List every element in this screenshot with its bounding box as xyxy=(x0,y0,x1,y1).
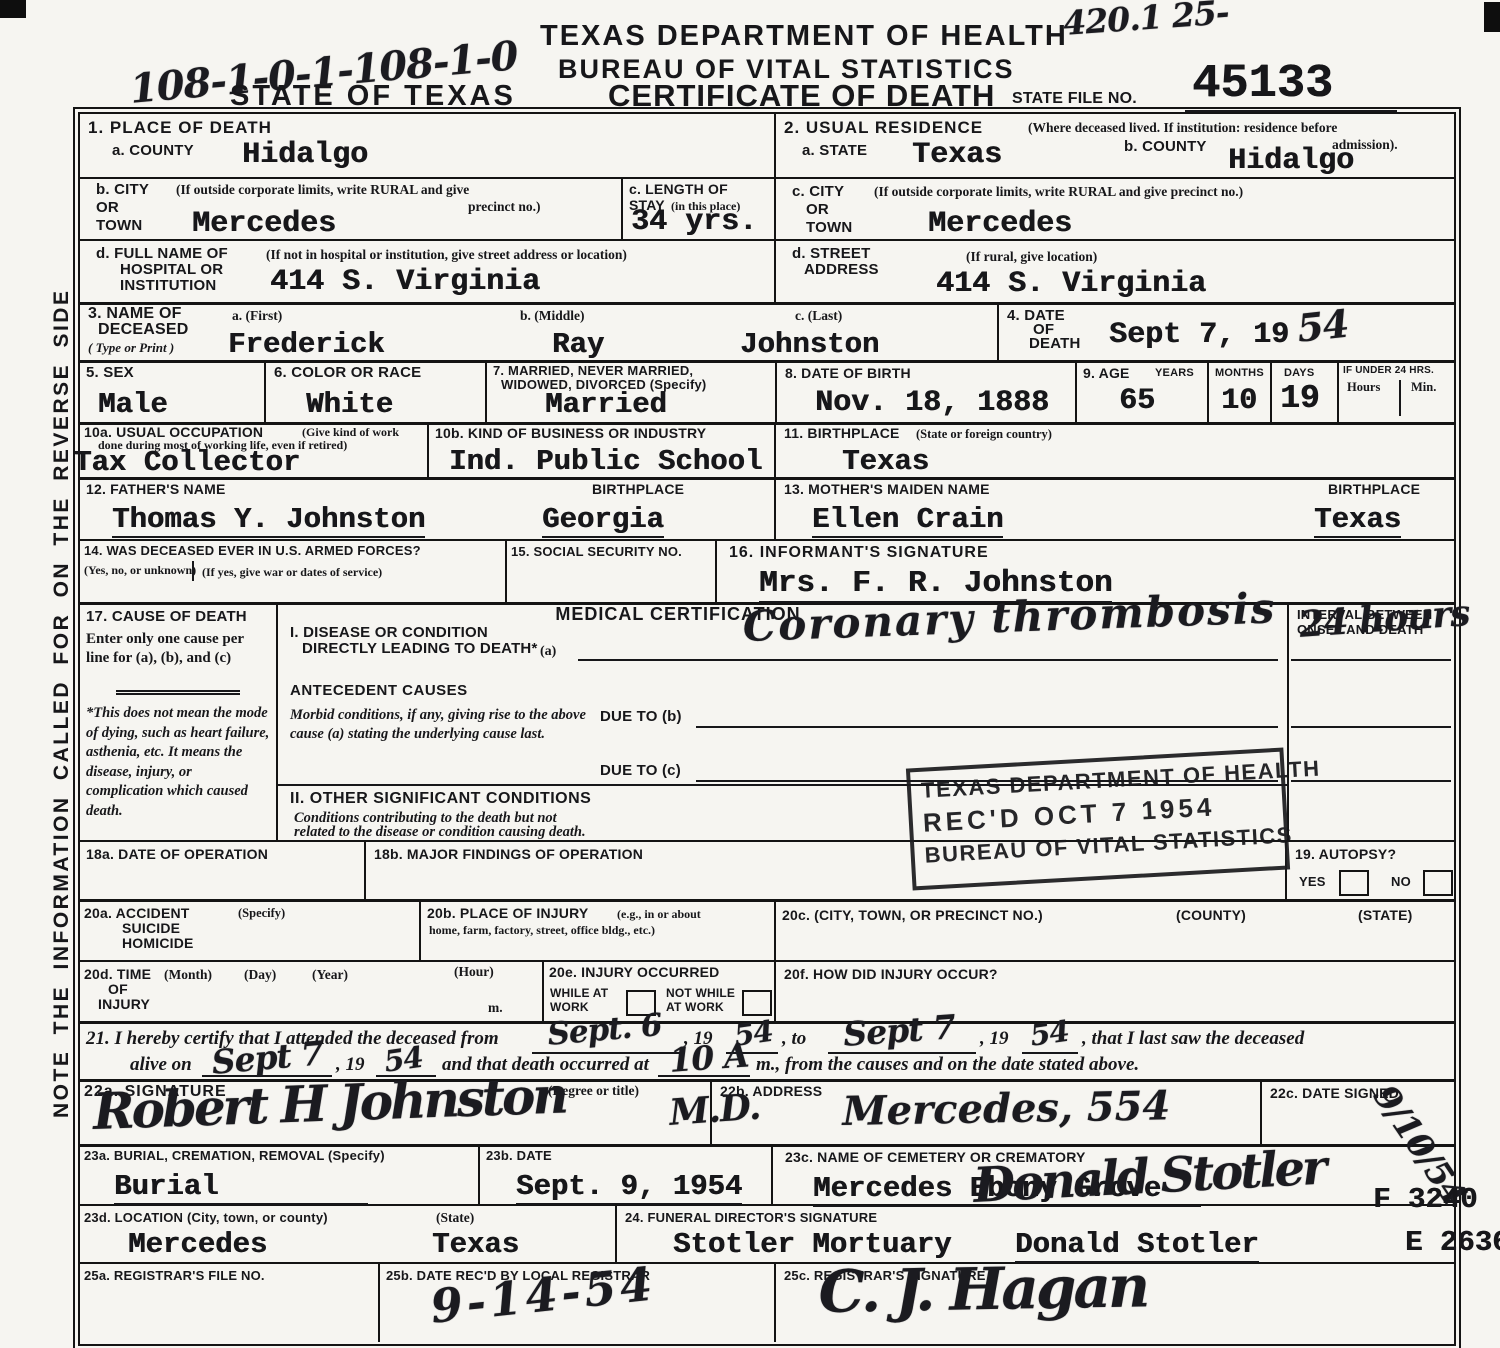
s20d-month-label: (Month) xyxy=(164,967,212,983)
s13-mother-birthplace-value: Texas xyxy=(1314,503,1401,538)
s17-line-a xyxy=(578,659,1278,661)
s21-hw-to-year: 54 xyxy=(1028,1014,1071,1053)
s17-line-b xyxy=(696,726,1278,728)
s1d-hint: (If not in hospital or institution, give… xyxy=(266,247,627,263)
s1b-hint1: (If outside corporate limits, write RURA… xyxy=(176,182,469,198)
s21-text5: , that I last saw the deceased xyxy=(1082,1028,1304,1050)
s2c-or-label: OR xyxy=(806,201,829,218)
s2-title: 2. USUAL RESIDENCE xyxy=(784,118,983,138)
s9-days-value: 19 xyxy=(1280,380,1320,417)
row-name-dod: 3. NAME OF DECEASED ( Type or Print ) a.… xyxy=(80,302,1454,363)
s3-title2: DECEASED xyxy=(98,321,189,339)
injury-not-at-work-checkbox[interactable] xyxy=(742,990,772,1016)
s19-no-label: NO xyxy=(1391,874,1411,889)
s1d-address-value: 414 S. Virginia xyxy=(270,265,540,299)
s21-text4: , 19 xyxy=(980,1028,1009,1050)
s1b-town-label: TOWN xyxy=(96,217,142,234)
s6-race-value: White xyxy=(306,388,393,421)
registrar-signature: C. J. Hagan xyxy=(818,1252,1148,1326)
s13-mother-label: 13. MOTHER'S MAIDEN NAME xyxy=(784,481,990,497)
s23b-label: 23b. DATE xyxy=(486,1148,552,1163)
physician-address-handwritten: Mercedes, 554 xyxy=(842,1082,1171,1135)
s17-disease-label1: I. DISEASE OR CONDITION xyxy=(290,624,488,641)
s2b-county-value: Hidalgo xyxy=(1228,144,1354,178)
s20e-while1: WHILE AT xyxy=(550,986,608,1000)
s8-dob-value: Nov. 18, 1888 xyxy=(815,386,1049,420)
s20d-m-label: m. xyxy=(488,1000,503,1016)
header-department: TEXAS DEPARTMENT OF HEALTH xyxy=(540,20,1068,53)
s1b-city-label: b. CITY xyxy=(96,181,149,198)
row-location-director: 23d. LOCATION (City, town, or county) (S… xyxy=(80,1204,1454,1264)
s7-marital-value: Married xyxy=(545,388,667,421)
s9-years-value: 65 xyxy=(1119,384,1155,418)
s3-title3: ( Type or Print ) xyxy=(88,340,174,356)
s2a-state-label: a. STATE xyxy=(802,142,867,159)
s20b-label: 20b. PLACE OF INJURY xyxy=(427,905,588,921)
s20a-label1: 20a. ACCIDENT xyxy=(84,905,190,921)
s9-age-label: 9. AGE xyxy=(1083,365,1130,381)
s17-label: 17. CAUSE OF DEATH xyxy=(86,608,247,625)
s2c-city-label: c. CITY xyxy=(792,183,844,200)
s9-months-label: MONTHS xyxy=(1215,367,1264,379)
physician-degree-handwritten: M.D. xyxy=(668,1086,762,1134)
s9-under24-label: IF UNDER 24 HRS. xyxy=(1343,365,1434,376)
s14-inner-divider xyxy=(192,561,194,581)
s17-antecedent-label: ANTECEDENT CAUSES xyxy=(290,682,468,699)
s20c-label: 20c. (CITY, TOWN, OR PRECINCT NO.) xyxy=(782,907,1043,923)
s8-dob-label: 8. DATE OF BIRTH xyxy=(785,365,911,381)
s2c-town-label: TOWN xyxy=(806,219,852,236)
s1a-county-value: Hidalgo xyxy=(242,138,368,172)
s2b-county-label: b. COUNTY xyxy=(1124,138,1207,155)
s17-rule xyxy=(116,690,240,695)
s2c-hint: (If outside corporate limits, write RURA… xyxy=(874,184,1243,200)
s21-hw-to-date: Sept 7 xyxy=(842,1007,956,1054)
s10b-label: 10b. KIND OF BUSINESS OR INDUSTRY xyxy=(435,425,706,441)
s17-due-c-label: DUE TO (c) xyxy=(600,762,681,779)
state-file-no-label: STATE FILE NO. xyxy=(1012,90,1137,108)
s20a-hint: (Specify) xyxy=(238,906,285,921)
s2d-hint: (If rural, give location) xyxy=(966,249,1097,265)
s20a-label2: SUICIDE xyxy=(122,920,180,936)
s17-note1: Enter only one cause per line for (a), (… xyxy=(86,630,270,668)
s12-father-value: Thomas Y. Johnston xyxy=(112,503,425,538)
s20e-not2: AT WORK xyxy=(666,1000,724,1014)
s17-other-hint2: related to the disease or condition caus… xyxy=(294,824,586,841)
s18b-label: 18b. MAJOR FINDINGS OF OPERATION xyxy=(374,846,643,862)
s12-father-birthplace-value: Georgia xyxy=(542,503,664,538)
reverse-side-note: NOTE THE INFORMATION CALLED FOR ON THE R… xyxy=(50,289,74,1118)
header-state-of-texas: STATE OF TEXAS xyxy=(230,80,516,113)
autopsy-no-checkbox[interactable] xyxy=(1423,870,1453,896)
s16-informant-label: 16. INFORMANT'S SIGNATURE xyxy=(729,544,989,562)
s15-ssn-label: 15. SOCIAL SECURITY NO. xyxy=(511,544,682,559)
s23d-state-hint: (State) xyxy=(436,1210,474,1226)
s3a-first-label: a. (First) xyxy=(232,308,282,324)
s13-mother-value: Ellen Crain xyxy=(812,503,1003,538)
s20a-label3: HOMICIDE xyxy=(122,935,194,951)
s3b-middle-value: Ray xyxy=(552,328,604,361)
s1-title: 1. PLACE OF DEATH xyxy=(88,118,272,138)
s13-birthplace-label: BIRTHPLACE xyxy=(1328,481,1420,497)
row-registrar: 25a. REGISTRAR'S FILE NO. 25b. DATE REC'… xyxy=(80,1262,1454,1342)
s23a-label: 23a. BURIAL, CREMATION, REMOVAL (Specify… xyxy=(84,1148,385,1163)
s14-hint1: (Yes, no, or unknown) xyxy=(84,563,196,578)
s17-note2: *This does not mean the mode of dying, s… xyxy=(86,704,270,821)
s4-dod-handwritten-year: 54 xyxy=(1295,301,1350,351)
s1d-hospital-label1: d. FULL NAME OF xyxy=(96,245,228,262)
interval-line-a xyxy=(1291,659,1451,661)
s9-years-label: YEARS xyxy=(1155,367,1194,379)
s25a-label: 25a. REGISTRAR'S FILE NO. xyxy=(84,1268,265,1283)
s12-father-label: 12. FATHER'S NAME xyxy=(86,481,226,497)
autopsy-yes-checkbox[interactable] xyxy=(1339,870,1369,896)
s23a-burial-value: Burial xyxy=(114,1170,368,1205)
row-demographics: 5. SEX Male 6. COLOR OR RACE White 7. MA… xyxy=(80,360,1454,425)
s5-sex-value: Male xyxy=(98,388,168,421)
handwritten-annotation: 420.1 25- xyxy=(1062,0,1230,43)
s20e-while2: WORK xyxy=(550,1000,589,1014)
s4-label3: DEATH xyxy=(1029,335,1081,352)
row-parents: 12. FATHER'S NAME BIRTHPLACE Thomas Y. J… xyxy=(80,477,1454,541)
s1b-hint2: precinct no.) xyxy=(468,199,541,215)
state-file-number: 45133 xyxy=(1192,58,1333,111)
s20d-hour-label: (Hour) xyxy=(454,964,494,980)
s1c-length-label1: c. LENGTH OF xyxy=(629,181,728,197)
s14-hint2: (If yes, give war or dates of service) xyxy=(202,565,382,580)
s17-due-b-label: DUE TO (b) xyxy=(600,708,682,725)
s23d-label: 23d. LOCATION (City, town, or county) xyxy=(84,1210,328,1225)
s11-birthplace-value: Texas xyxy=(842,445,929,478)
s10b-industry-value: Ind. Public School xyxy=(449,445,762,478)
s1d-hospital-label2: HOSPITAL OR xyxy=(120,261,223,278)
s3a-first-value: Frederick xyxy=(228,328,385,361)
s3c-last-label: c. (Last) xyxy=(795,308,842,324)
s24-label: 24. FUNERAL DIRECTOR'S SIGNATURE xyxy=(625,1210,877,1225)
receipt-stamp: TEXAS DEPARTMENT OF HEALTH REC'D OCT 7 1… xyxy=(906,748,1290,891)
s21-text6: alive on xyxy=(130,1054,192,1076)
s17-disease-label2: DIRECTLY LEADING TO DEATH* xyxy=(302,640,538,657)
s9-months-value: 10 xyxy=(1221,384,1257,418)
scan-artifact-top-left xyxy=(0,0,26,18)
s23d-city-value: Mercedes xyxy=(128,1228,267,1261)
s9-hours-label: Hours xyxy=(1347,380,1380,395)
s21-text3: , to xyxy=(782,1028,806,1050)
interval-line-b xyxy=(1291,726,1451,728)
row-occupation: 10a. USUAL OCCUPATION (Give kind of work… xyxy=(80,422,1454,480)
s17-a-tag: (a) xyxy=(540,644,556,660)
s1b-or-label: OR xyxy=(96,199,119,216)
s2d-street-label1: d. STREET xyxy=(792,245,870,262)
s2-title-hint1: (Where deceased lived. If institution: r… xyxy=(1028,120,1337,136)
s17-morbid-note: Morbid conditions, if any, giving rise t… xyxy=(290,706,590,744)
hours-min-divider xyxy=(1399,380,1401,416)
s11-hint: (State or foreign country) xyxy=(916,427,1052,442)
s1a-county-label: a. COUNTY xyxy=(112,142,194,159)
s1d-hospital-label3: INSTITUTION xyxy=(120,277,216,294)
s2d-street-label2: ADDRESS xyxy=(804,261,879,278)
s20f-label: 20f. HOW DID INJURY OCCUR? xyxy=(784,966,998,982)
row-accident: 20a. ACCIDENT (Specify) SUICIDE HOMICIDE… xyxy=(80,899,1454,962)
s7-marital-label1: 7. MARRIED, NEVER MARRIED, xyxy=(493,363,693,378)
s24-code2: E 2636 xyxy=(1405,1226,1500,1259)
s6-race-label: 6. COLOR OR RACE xyxy=(274,364,421,381)
header-certificate-title: CERTIFICATE OF DEATH xyxy=(608,78,995,114)
s2c-city-value: Mercedes xyxy=(928,207,1072,241)
s21-hw-death-time: 10 A xyxy=(668,1035,750,1079)
s20e-not1: NOT WHILE xyxy=(666,986,735,1000)
s14-label: 14. WAS DECEASED EVER IN U.S. ARMED FORC… xyxy=(84,543,421,558)
s20d-day-label: (Day) xyxy=(244,967,276,983)
s20c-state-label: (STATE) xyxy=(1358,907,1413,923)
s24-code1: F 3240 xyxy=(1373,1183,1477,1216)
s23b-date-value: Sept. 9, 1954 xyxy=(516,1170,742,1205)
s2a-state-value: Texas xyxy=(912,138,1002,172)
s18a-label: 18a. DATE OF OPERATION xyxy=(86,846,268,862)
row-certify-statement: 21. I hereby certify that I attended the… xyxy=(80,1021,1454,1082)
s9-days-label: DAYS xyxy=(1284,367,1314,379)
s20d-year-label: (Year) xyxy=(312,967,348,983)
s2d-street-value: 414 S. Virginia xyxy=(936,267,1206,301)
s20e-label: 20e. INJURY OCCURRED xyxy=(549,964,720,980)
s10a-occupation-value: Tax Collector xyxy=(74,446,300,479)
s20d-label1: 20d. TIME xyxy=(84,966,151,982)
s19-autopsy-label: 19. AUTOPSY? xyxy=(1295,846,1396,862)
s3c-last-value: Johnston xyxy=(740,328,879,361)
s23d-state-value: Texas xyxy=(432,1228,519,1261)
s19-yes-label: YES xyxy=(1299,874,1326,889)
s20b-hint2: home, farm, factory, street, office bldg… xyxy=(429,923,655,938)
scan-artifact-top-right xyxy=(1484,2,1500,32)
s20d-label3: INJURY xyxy=(98,996,150,1012)
s20c-county-label: (COUNTY) xyxy=(1176,907,1246,923)
s12-birthplace-label: BIRTHPLACE xyxy=(592,481,684,497)
s3b-middle-label: b. (Middle) xyxy=(520,308,585,324)
s21-text9: m., from the causes and on the date stat… xyxy=(756,1054,1139,1076)
s11-birthplace-label: 11. BIRTHPLACE xyxy=(784,425,900,441)
s9-min-label: Min. xyxy=(1411,380,1436,395)
s20b-hint1: (e.g., in or about xyxy=(617,907,701,922)
s1b-city-value: Mercedes xyxy=(192,207,336,241)
s1c-length-value: 34 yrs. xyxy=(631,205,757,239)
s17-other-conditions-label: II. OTHER SIGNIFICANT CONDITIONS xyxy=(290,790,591,808)
s5-sex-label: 5. SEX xyxy=(86,364,134,381)
s4-dod-value: Sept 7, 19 xyxy=(1109,318,1289,352)
row-place-residence: 1. PLACE OF DEATH a. COUNTY Hidalgo b. C… xyxy=(80,114,1454,305)
s20d-label2: OF xyxy=(108,981,128,997)
